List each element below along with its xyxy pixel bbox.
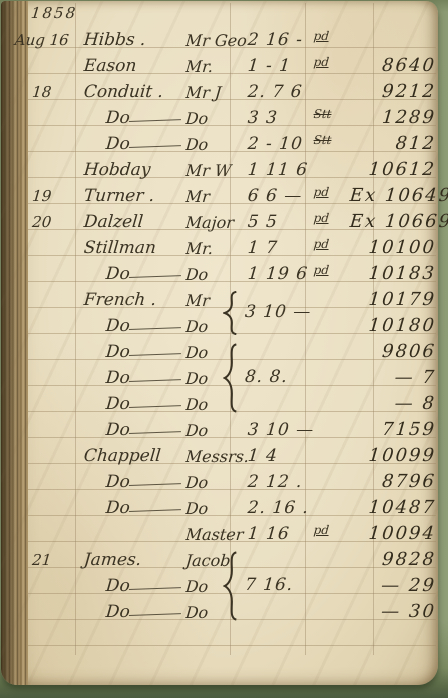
- grouping-brace: 3 10 —: [223, 291, 239, 335]
- scanned-ledger-photo: { "ledger": { "year": "1858", "ink_color…: [0, 0, 448, 698]
- grouping-brace: 7 16.: [223, 551, 239, 621]
- ledger-page: 1858 Aug 16Hibbs .Mr Geo2 16 -pdEasonMr.…: [1, 1, 438, 685]
- brace-curve-icon: [223, 343, 239, 413]
- brace-curve-icon: [223, 551, 239, 621]
- braces-layer: 3 10 —8. 8.7 16.: [1, 1, 438, 685]
- brace-amount-label: 7 16.: [244, 575, 294, 595]
- brace-amount-label: 3 10 —: [244, 302, 312, 322]
- brace-amount-label: 8. 8.: [244, 367, 289, 387]
- grouping-brace: 8. 8.: [223, 343, 239, 413]
- brace-curve-icon: [223, 291, 239, 335]
